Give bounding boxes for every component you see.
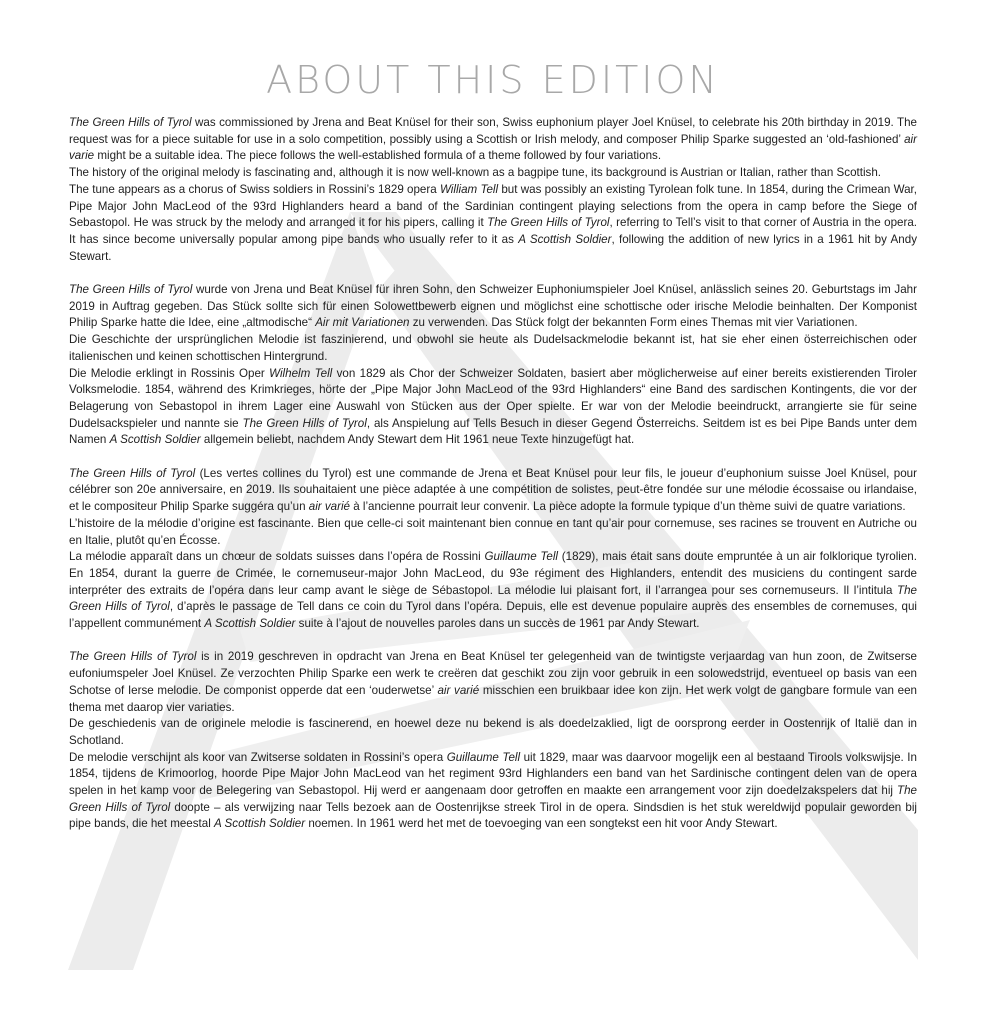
italic-title-text: The Green Hills of Tyrol <box>69 650 196 663</box>
body-text: zu verwenden. Das Stück folgt der bekann… <box>409 316 857 329</box>
body-text: La mélodie apparaît dans un chœur de sol… <box>69 550 484 563</box>
body-text: Die Geschichte der ursprünglichen Melodi… <box>69 333 917 363</box>
paragraph: La mélodie apparaît dans un chœur de sol… <box>69 549 917 633</box>
italic-title-text: Wilhelm Tell <box>269 367 332 380</box>
body-text: allgemein beliebt, nachdem Andy Stewart … <box>201 433 635 446</box>
paragraph: De geschiedenis van de originele melodie… <box>69 716 917 749</box>
italic-title-text: A Scottish Soldier <box>110 433 201 446</box>
paragraph: The tune appears as a chorus of Swiss so… <box>69 182 917 266</box>
section-french: The Green Hills of Tyrol (Les vertes col… <box>69 466 917 633</box>
page-title: ABOUT THIS EDITION <box>0 58 986 102</box>
body-text: The history of the original melody is fa… <box>69 166 881 179</box>
body-text: might be a suitable idea. The piece foll… <box>94 149 661 162</box>
paragraph: The history of the original melody is fa… <box>69 165 917 182</box>
italic-title-text: Air mit Variationen <box>315 316 409 329</box>
edition-notes: The Green Hills of Tyrol was commissione… <box>69 115 917 833</box>
italic-title-text: A Scottish Soldier <box>214 817 305 830</box>
body-text: suite à l’ajout de nouvelles paroles dan… <box>295 617 699 630</box>
italic-title-text: The Green Hills of Tyrol <box>243 417 367 430</box>
italic-title-text: air varié <box>309 500 350 513</box>
paragraph: The Green Hills of Tyrol (Les vertes col… <box>69 466 917 516</box>
paragraph: The Green Hills of Tyrol is in 2019 gesc… <box>69 649 917 716</box>
italic-title-text: The Green Hills of Tyrol <box>69 116 192 129</box>
italic-title-text: Guillaume Tell <box>447 751 520 764</box>
italic-title-text: Guillaume Tell <box>484 550 558 563</box>
body-text: à l’ancienne pourrait leur convenir. La … <box>350 500 906 513</box>
body-text: noemen. In 1961 werd het met de toevoegi… <box>305 817 777 830</box>
italic-title-text: The Green Hills of Tyrol <box>69 283 192 296</box>
paragraph: Die Geschichte der ursprünglichen Melodi… <box>69 332 917 365</box>
paragraph: The Green Hills of Tyrol was commissione… <box>69 115 917 165</box>
italic-title-text: air varié <box>437 684 479 697</box>
body-text: The tune appears as a chorus of Swiss so… <box>69 183 440 196</box>
italic-title-text: A Scottish Soldier <box>518 233 611 246</box>
body-text: L’histoire de la mélodie d’origine est f… <box>69 517 917 547</box>
body-text: De geschiedenis van de originele melodie… <box>69 717 917 747</box>
paragraph: The Green Hills of Tyrol wurde von Jrena… <box>69 282 917 332</box>
body-text: Die Melodie erklingt in Rossinis Oper <box>69 367 269 380</box>
section-german: The Green Hills of Tyrol wurde von Jrena… <box>69 282 917 449</box>
paragraph: Die Melodie erklingt in Rossinis Oper Wi… <box>69 366 917 450</box>
italic-title-text: The Green Hills of Tyrol <box>69 467 195 480</box>
body-text: was commissioned by Jrena and Beat Knüse… <box>69 116 917 146</box>
paragraph: L’histoire de la mélodie d’origine est f… <box>69 516 917 549</box>
italic-title-text: A Scottish Soldier <box>204 617 295 630</box>
section-english: The Green Hills of Tyrol was commissione… <box>69 115 917 265</box>
italic-title-text: William Tell <box>440 183 498 196</box>
paragraph: De melodie verschijnt als koor van Zwits… <box>69 750 917 834</box>
italic-title-text: The Green Hills of Tyrol <box>487 216 609 229</box>
section-dutch: The Green Hills of Tyrol is in 2019 gesc… <box>69 649 917 833</box>
body-text: De melodie verschijnt als koor van Zwits… <box>69 751 447 764</box>
